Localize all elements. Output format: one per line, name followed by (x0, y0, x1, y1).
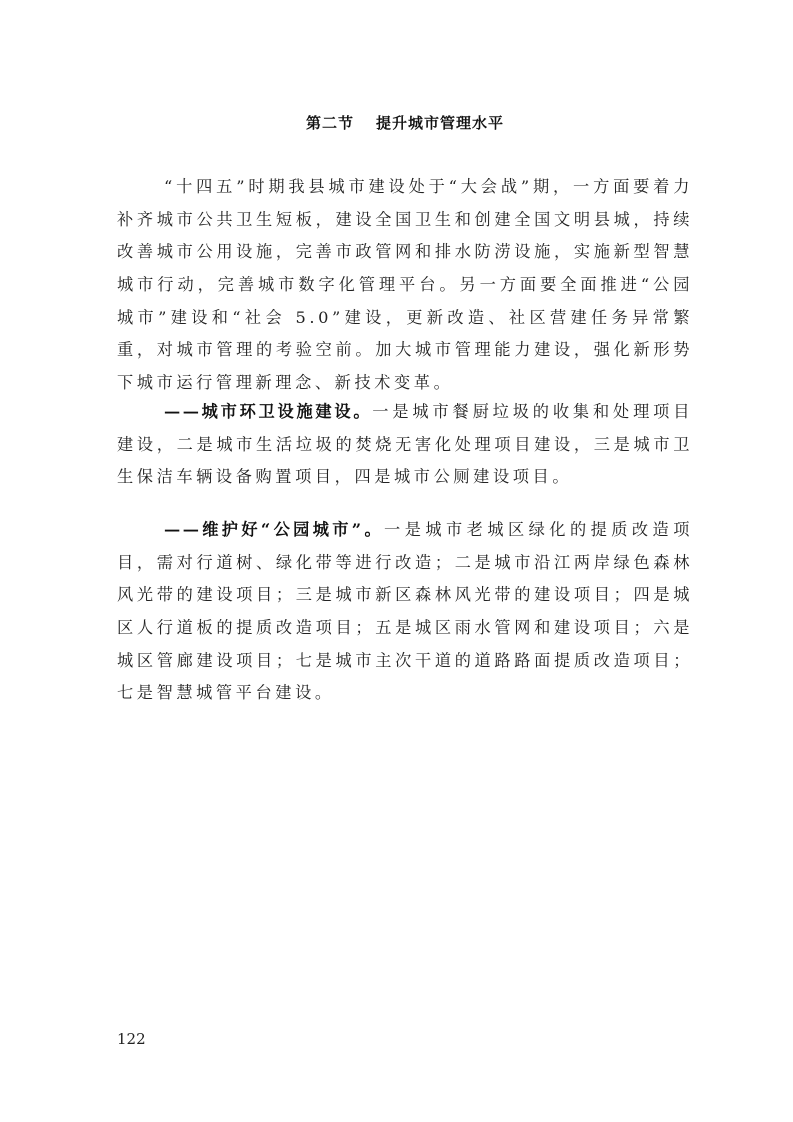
section-title-text: 提升城市管理水平 (376, 114, 504, 132)
section-heading: 第二节提升城市管理水平 (117, 112, 693, 133)
page-number: 122 (117, 1030, 146, 1048)
paragraph-lead-heading: ——城市环卫设施建设。 (164, 402, 372, 421)
paragraph-intro: “十四五”时期我县城市建设处于“大会战”期，一方面要着力补齐城市公共卫生短板，建… (117, 171, 693, 399)
paragraph-body: “十四五”时期我县城市建设处于“大会战”期，一方面要着力补齐城市公共卫生短板，建… (117, 177, 693, 392)
paragraph-sanitation-facilities: ——城市环卫设施建设。一是城市餐厨垃圾的收集和处理项目建设，二是城市生活垃圾的焚… (117, 396, 693, 494)
paragraph-lead-heading: ——维护好“公园城市”。 (164, 520, 384, 539)
paragraph-body: 一是城市老城区绿化的提质改造项目，需对行道树、绿化带等进行改造；二是城市沿江两岸… (117, 520, 693, 702)
section-number: 第二节 (306, 114, 354, 132)
paragraph-park-city: ——维护好“公园城市”。一是城市老城区绿化的提质改造项目，需对行道树、绿化带等进… (117, 514, 693, 710)
